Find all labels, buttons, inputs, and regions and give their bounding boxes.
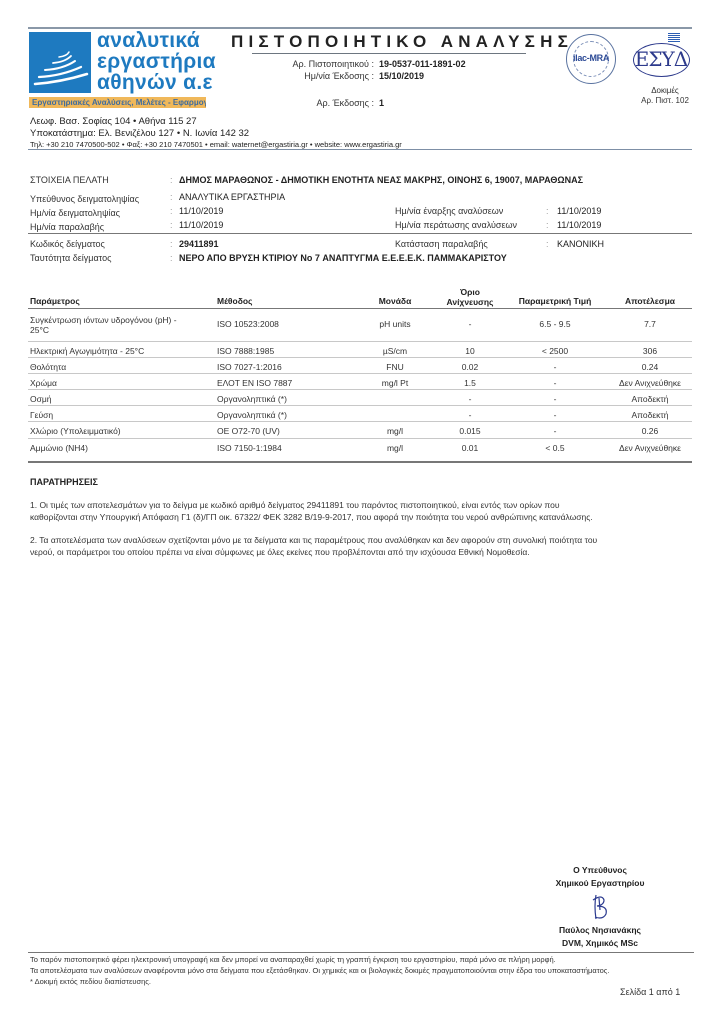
client-section-rule (28, 233, 692, 234)
colon: : (170, 220, 173, 230)
signatory-role-2: Χημικού Εργαστηρίου (530, 877, 670, 889)
col-header-detection-limit-1: Όριο (430, 287, 510, 297)
cell-result: 306 (600, 346, 700, 356)
remarks-title: ΠΑΡΑΤΗΡΗΣΕΙΣ (30, 477, 98, 487)
cell-parametric-value: - (500, 362, 610, 372)
col-header-result: Αποτέλεσμα (600, 296, 700, 306)
cell-parameter: Θολότητα (30, 362, 66, 372)
cell-result: Αποδεκτή (600, 394, 700, 404)
cell-unit: mg/l Pt (355, 378, 435, 388)
col-header-parametric-value: Παραμετρική Τιμή (500, 296, 610, 306)
cell-method: ISO 7027-1:2016 (217, 362, 282, 372)
signature-icon (590, 892, 612, 922)
lab-logo-icon (29, 32, 91, 93)
sample-id-label: Ταυτότητα δείγματος (30, 253, 111, 263)
cell-parameter: Οσμή (30, 394, 51, 404)
cell-unit: mg/l (355, 426, 435, 436)
analysis-end-value: 11/10/2019 (557, 220, 601, 230)
cell-detection-limit: 0.02 (430, 362, 510, 372)
sampler-value: ΑΝΑΛΥΤΙΚΑ ΕΡΓΑΣΤΗΡΙΑ (179, 192, 285, 202)
cell-detection-limit: 0.015 (430, 426, 510, 436)
address-rule (28, 149, 692, 150)
cell-detection-limit: 0.01 (430, 443, 510, 453)
cell-detection-limit: - (430, 410, 510, 420)
cell-parameter: Γεύση (30, 410, 53, 420)
lab-logo-text: αναλυτικά εργαστήρια αθηνών α.ε (97, 30, 216, 93)
row-divider (28, 438, 692, 439)
client-label: ΣΤΟΙΧΕΙΑ ΠΕΛΑΤΗ (30, 175, 109, 185)
row-divider (28, 357, 692, 358)
edition-value: 1 (379, 98, 384, 108)
logo-line-1: αναλυτικά (97, 30, 216, 51)
table-end-rule (28, 461, 692, 463)
sample-code-value: 29411891 (179, 239, 219, 249)
ilac-mra-logo-icon: ilac-MRA (566, 34, 616, 84)
cell-parametric-value: - (500, 426, 610, 436)
accreditation-caption-2: Αρ. Πιστ. 102 (620, 96, 710, 105)
cell-parameter-cont: 25°C (30, 325, 49, 335)
cell-method: ISO 7888:1985 (217, 346, 274, 356)
cell-detection-limit: 10 (430, 346, 510, 356)
row-divider (28, 421, 692, 422)
cell-unit: pH units (355, 319, 435, 329)
cell-parameter: Αμμώνιο (NH4) (30, 443, 88, 453)
cell-result: 0.26 (600, 426, 700, 436)
cell-method: Οργανοληπτικά (*) (217, 410, 287, 420)
address-line-2: Υποκατάστημα: Ελ. Βενιζέλου 127 • Ν. Ιων… (30, 128, 249, 139)
col-header-unit: Μονάδα (355, 296, 435, 306)
row-divider (28, 405, 692, 406)
edition-label: Αρ. Έκδοσης : (204, 98, 374, 108)
cell-result: Δεν Ανιχνεύθηκε (600, 378, 700, 388)
colon: : (170, 253, 173, 263)
receipt-date-value: 11/10/2019 (179, 220, 223, 230)
sampling-date-label: Ημ/νία δειγματοληψίας (30, 208, 120, 218)
accreditation-caption-1: Δοκιμές (620, 86, 710, 95)
page-number: Σελίδα 1 από 1 (620, 987, 680, 997)
footer-line-1: Το παρόν πιστοποιητικό φέρει ηλεκτρονική… (30, 955, 556, 964)
logo-tagline: Εργαστηριακές Αναλύσεις, Μελέτες - Εφαρμ… (29, 97, 206, 108)
title-underline (252, 53, 526, 54)
row-divider (28, 341, 692, 342)
receipt-state-value: ΚΑΝΟΝΙΚΗ (557, 239, 604, 249)
client-value: ΔΗΜΟΣ ΜΑΡΑΘΩΝΟΣ - ΔΗΜΟΤΙΚΗ ΕΝΟΤΗΤΑ ΝΕΑΣ … (179, 175, 583, 185)
analysis-start-value: 11/10/2019 (557, 206, 601, 216)
receipt-state-label: Κατάσταση παραλαβής (395, 239, 488, 249)
cell-parametric-value: - (500, 378, 610, 388)
cert-no-label: Αρ. Πιστοποιητικού : (204, 59, 374, 69)
cell-detection-limit: - (430, 319, 510, 329)
cell-unit: FNU (355, 362, 435, 372)
colon: : (170, 239, 173, 249)
cell-unit: mg/l (355, 443, 435, 453)
remark-2-line-1: 2. Τα αποτελέσματα των αναλύσεων σχετίζο… (30, 534, 700, 546)
signatory-title: DVM, Χημικός MSc (530, 937, 670, 949)
address-line-1: Λεωφ. Βασ. Σοφίας 104 • Αθήνα 115 27 (30, 116, 197, 127)
footer-line-2: Τα αποτελέσματα των αναλύσεων αναφέροντα… (30, 966, 609, 975)
esyd-logo-icon: ΕΣΥΔ (633, 43, 690, 77)
colon: : (170, 206, 173, 216)
remark-1-line-1: 1. Οι τιμές των αποτελεσμάτων για το δεί… (30, 499, 700, 511)
analysis-start-label: Ημ/νία έναρξης αναλύσεων (395, 206, 503, 216)
issue-date-value: 15/10/2019 (379, 71, 424, 81)
analysis-end-label: Ημ/νία περάτωσης αναλύσεων (395, 220, 517, 230)
cell-method: ISO 10523:2008 (217, 319, 279, 329)
cell-parametric-value: - (500, 394, 610, 404)
cell-parameter: Ηλεκτρική Αγωγιμότητα - 25°C (30, 346, 144, 356)
col-header-parameter: Παράμετρος (30, 296, 80, 306)
cell-detection-limit: - (430, 394, 510, 404)
logo-line-2: εργαστήρια (97, 51, 216, 72)
cell-parameter: Συγκέντρωση ιόντων υδρογόνου (pH) - (30, 315, 177, 325)
issue-date-label: Ημ/νία Έκδοσης : (204, 71, 374, 81)
cell-parameter: Χλώριο (Υπολειμματικό) (30, 426, 121, 436)
cell-parametric-value: < 2500 (500, 346, 610, 356)
cert-no-value: 19-0537-011-1891-02 (379, 59, 466, 69)
footer-line-3: * Δοκιμή εκτός πεδίου διαπίστευσης. (30, 977, 151, 986)
cell-result: 0.24 (600, 362, 700, 372)
logo-line-3: αθηνών α.ε (97, 72, 216, 93)
cell-parameter: Χρώμα (30, 378, 57, 388)
sample-id-value: ΝΕΡΟ ΑΠΟ ΒΡΥΣΗ ΚΤΙΡΙΟΥ No 7 ΑΝΑΠΤΥΓΜΑ Ε.… (179, 253, 507, 263)
sampling-date-value: 11/10/2019 (179, 206, 223, 216)
cell-parametric-value: 6.5 - 9.5 (500, 319, 610, 329)
contact-line: Τηλ: +30 210 7470500-502 • Φαξ: +30 210 … (30, 140, 402, 149)
colon: : (170, 192, 173, 202)
cell-result: Αποδεκτή (600, 410, 700, 420)
cell-parametric-value: - (500, 410, 610, 420)
cell-method: ΕΛΟΤ EN ISO 7887 (217, 378, 292, 388)
table-header-rule (28, 308, 692, 309)
colon: : (546, 206, 549, 216)
cell-method: Οργανοληπτικά (*) (217, 394, 287, 404)
remark-1-line-2: καθορίζονται στην Υπουργική Απόφαση Γ1 (… (30, 511, 700, 523)
cell-detection-limit: 1.5 (430, 378, 510, 388)
footer-rule (28, 952, 694, 953)
colon: : (170, 175, 173, 185)
cell-parametric-value: < 0.5 (500, 443, 610, 453)
colon: : (546, 239, 549, 249)
cell-result: Δεν Ανιχνεύθηκε (600, 443, 700, 453)
cell-unit: µS/cm (355, 346, 435, 356)
col-header-detection-limit-2: Ανίχνευσης (430, 297, 510, 307)
greek-flag-icon (668, 33, 680, 42)
row-divider (28, 373, 692, 374)
sampler-label: Υπεύθυνος δειγματοληψίας (30, 194, 139, 204)
signatory-role-1: Ο Υπεύθυνος (530, 864, 670, 876)
receipt-date-label: Ημ/νία παραλαβής (30, 222, 104, 232)
cell-result: 7.7 (600, 319, 700, 329)
remark-2-line-2: νερού, οι παράμετροι του οποίου πρέπει ν… (30, 546, 700, 558)
cell-method: OE O72-70 (UV) (217, 426, 280, 436)
col-header-method: Μέθοδος (217, 296, 252, 306)
colon: : (546, 220, 549, 230)
document-title: ΠΙΣΤΟΠΟΙΗΤΙΚΟ ΑΝΑΛΥΣΗΣ (231, 32, 573, 52)
sample-code-label: Κωδικός δείγματος (30, 239, 105, 249)
row-divider (28, 389, 692, 390)
signatory-name: Παύλος Νησιανάκης (530, 924, 670, 936)
ilac-label: ilac-MRA (567, 53, 615, 63)
cell-method: ISO 7150-1:1984 (217, 443, 282, 453)
